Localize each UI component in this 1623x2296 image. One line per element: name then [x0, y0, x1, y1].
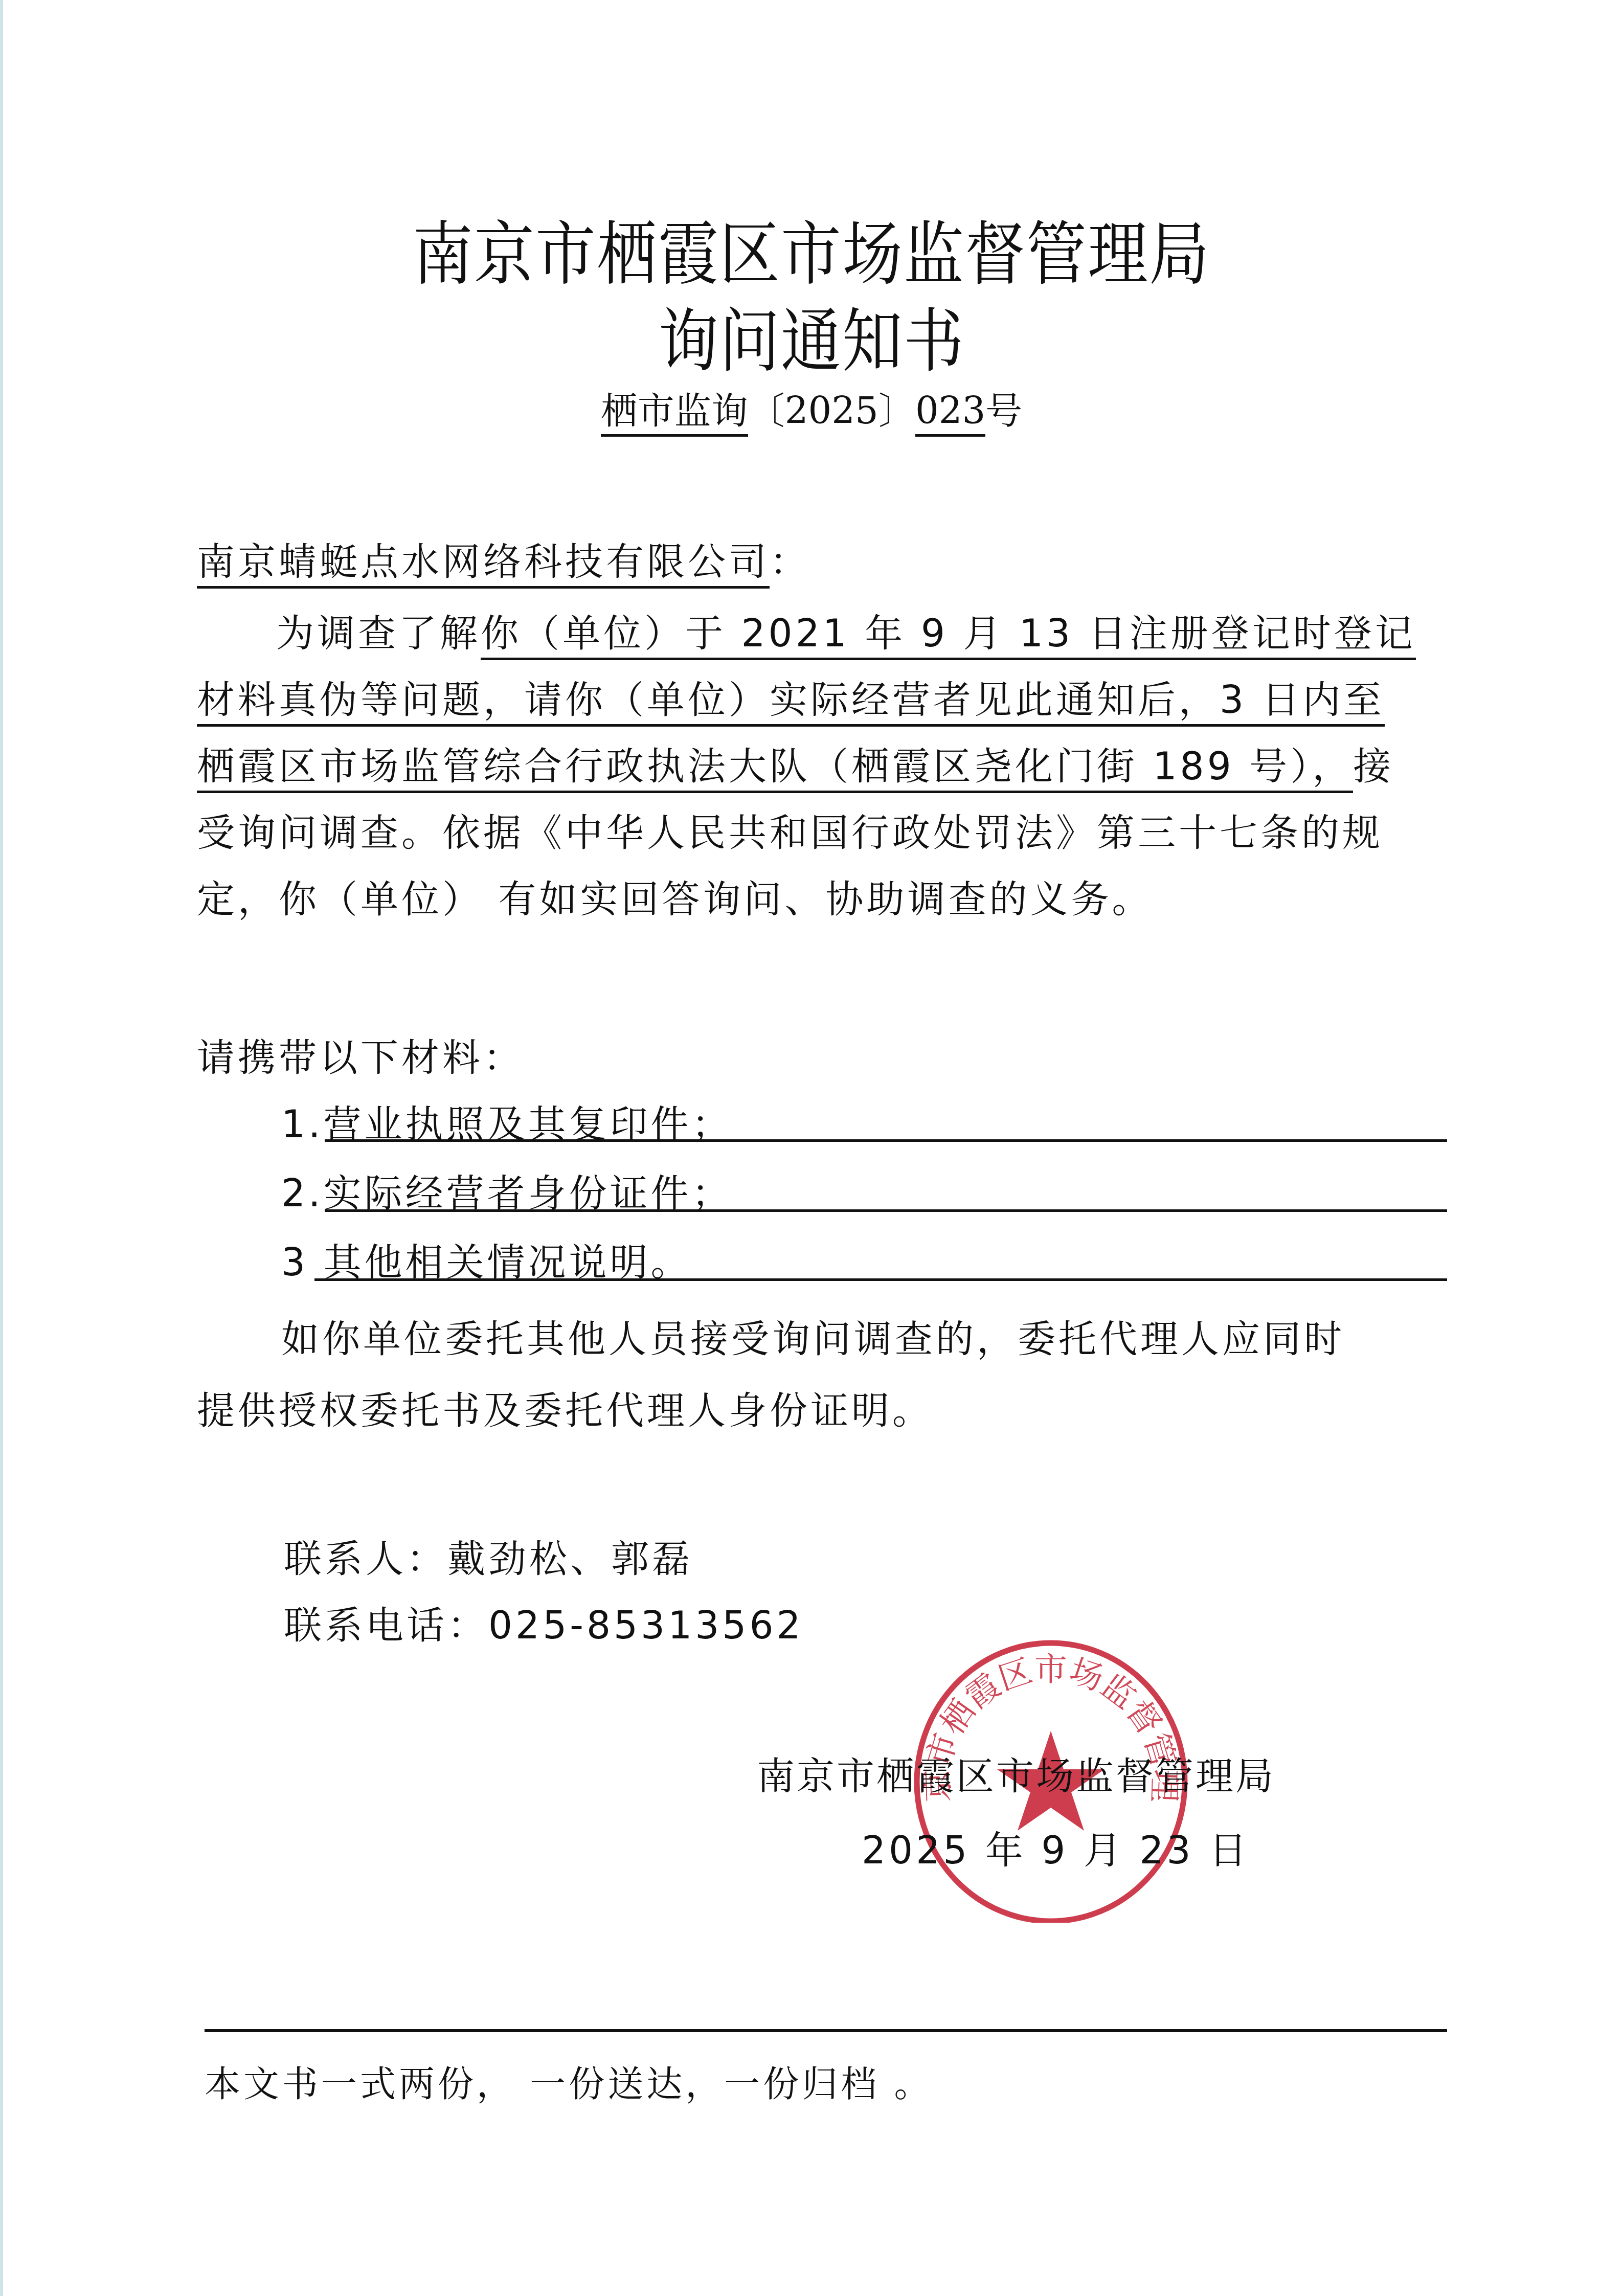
contact-phone-value: 025-85313562	[488, 1604, 804, 1648]
body-line-2-underlined: 材料真伪等问题，请你（单位）实际经营者见此通知后，3 日内至	[197, 678, 1385, 727]
doc-number-prefix: 栖市监询	[601, 389, 748, 437]
recipient: 南京蜻蜓点水网络科技有限公司：	[197, 532, 810, 586]
body-line-3-plain: 接	[1353, 745, 1394, 789]
doc-number-suffix: 号	[985, 389, 1022, 432]
body-line-4: 受询问调查。依据《中华人民共和国行政处罚法》第三十七条的规	[197, 803, 1383, 857]
doc-number-year: 〔2025〕	[748, 389, 915, 432]
body-line-3: 栖霞区市场监管综合行政执法大队（栖霞区尧化门街 189 号），接	[197, 736, 1394, 791]
doc-number-serial: 023	[915, 389, 985, 437]
contact-person-label: 联系人：	[284, 1537, 447, 1581]
contact-person: 联系人：戴劲松、郭磊	[284, 1529, 693, 1583]
body-line-1-underlined: 你（单位）于 2021 年 9 月 13 日注册登记时登记	[481, 612, 1416, 660]
contact-phone-label: 联系电话：	[284, 1604, 488, 1648]
material-item-2-underline	[325, 1209, 1447, 1212]
body-line-2: 材料真伪等问题，请你（单位）实际经营者见此通知后，3 日内至	[197, 670, 1385, 724]
footer-divider	[205, 2029, 1447, 2032]
document-number: 栖市监询〔2025〕023号	[0, 381, 1623, 434]
body-line-3-underlined: 栖霞区市场监管综合行政执法大队（栖霞区尧化门街 189 号），	[197, 745, 1353, 793]
materials-heading: 请携带以下材料：	[197, 1028, 524, 1082]
material-item-1-number: 1.	[281, 1102, 324, 1146]
signature-agency: 南京市栖霞区市场监督管理局	[757, 1746, 1275, 1800]
agency-title: 南京市栖霞区市场监督管理局	[0, 198, 1623, 298]
recipient-name: 南京蜻蜓点水网络科技有限公司	[197, 540, 770, 589]
material-item-2-number: 2.	[281, 1172, 324, 1215]
body-line-1-plain: 为调查了解	[276, 612, 481, 656]
delegation-line-2: 提供授权委托书及委托代理人身份证明。	[197, 1381, 933, 1435]
recipient-colon: ：	[770, 540, 810, 584]
document-type-title: 询问通知书	[0, 285, 1623, 385]
contact-phone: 联系电话：025-85313562	[284, 1595, 804, 1650]
footer-note: 本文书一式两份， 一份送达，一份归档 。	[205, 2056, 933, 2107]
contact-person-value: 戴劲松、郭磊	[447, 1537, 693, 1581]
delegation-line-1: 如你单位委托其他人员接受询问调查的，委托代理人应同时	[281, 1309, 1345, 1363]
body-line-5: 定，你（单位） 有如实回答询问、协助调查的义务。	[197, 869, 1153, 924]
material-item-1-underline	[325, 1139, 1447, 1142]
material-item-3-number: 3	[281, 1241, 308, 1285]
signature-date: 2025 年 9 月 23 日	[862, 1820, 1250, 1875]
body-line-1: 为调查了解你（单位）于 2021 年 9 月 13 日注册登记时登记	[276, 603, 1416, 658]
material-item-3-underline	[314, 1278, 1447, 1281]
